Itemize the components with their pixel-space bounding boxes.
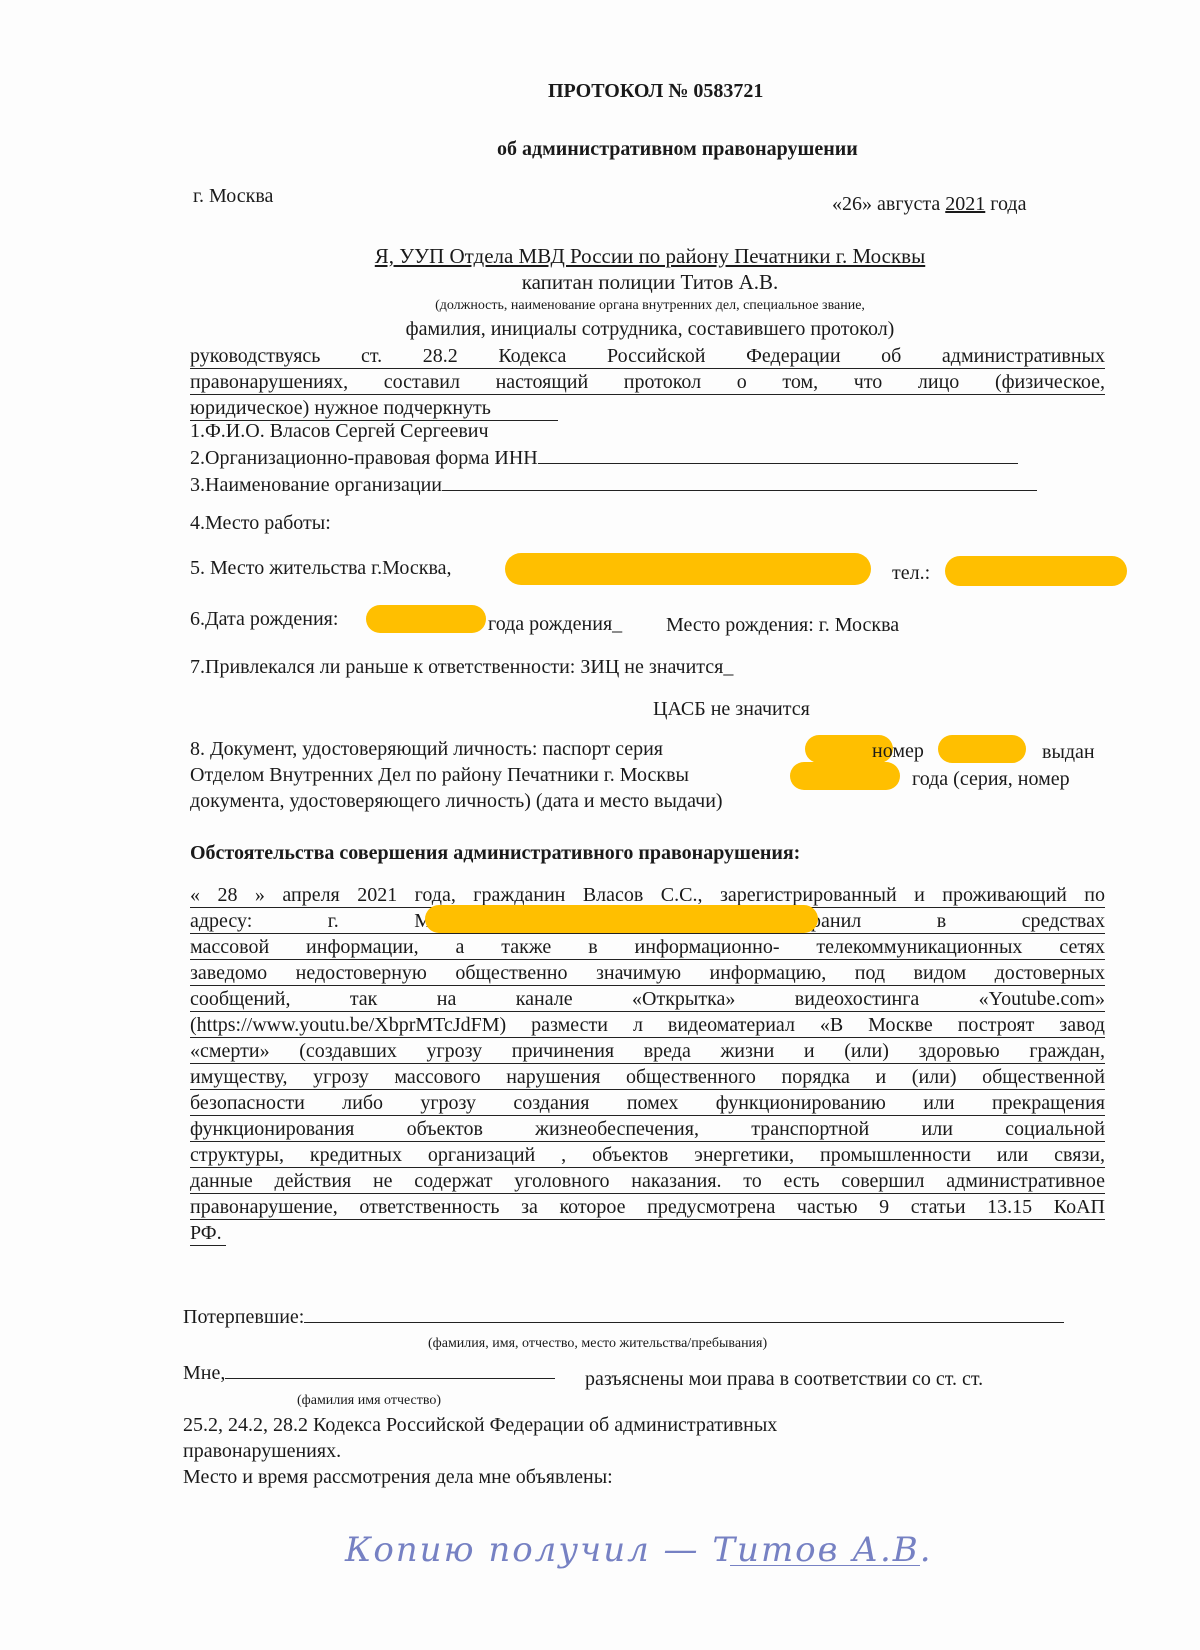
circumstances-paragraph: « 28 » апреля 2021 года, гражданин Власо… <box>190 882 1105 1246</box>
field-phone-label: тел.: <box>892 562 930 585</box>
field-org-label: 3.Наименование организации <box>190 474 442 496</box>
rights-name-blank <box>225 1378 555 1379</box>
circumstances-line: заведомо недостоверную общественно значи… <box>190 960 1105 986</box>
victims-field: Потерпевшие: <box>183 1306 1064 1329</box>
date-year: 2021 <box>945 193 985 215</box>
intro-line: правонарушениях, составил настоящий прот… <box>190 369 1105 395</box>
circumstances-line: структуры, кредитных организаций , объек… <box>190 1142 1105 1168</box>
circumstances-line: безопасности либо угрозу создания помех … <box>190 1090 1105 1116</box>
victims-label: Потерпевшие: <box>183 1306 304 1328</box>
field-inn-label: 2.Организационно-правовая форма ИНН <box>190 447 538 469</box>
date-suffix: года <box>990 193 1026 215</box>
inn-blank <box>538 463 1018 464</box>
circumstances-line: имуществу, угрозу массового нарушения об… <box>190 1064 1105 1090</box>
circumstances-line: правонарушение, ответственность за котор… <box>190 1194 1105 1220</box>
circumstances-line: «смерти» (создавших угрозу причинения вр… <box>190 1038 1105 1064</box>
redaction-issue-date <box>790 762 900 790</box>
rights-caption: (фамилия имя отчество) <box>297 1393 441 1409</box>
redaction-residence <box>505 553 871 585</box>
date-day: «26» августа <box>832 193 940 215</box>
signature-stroke <box>730 1565 920 1566</box>
field-work: 4.Место работы: <box>190 512 331 535</box>
handwritten-signature: Копию получил — Титов А.В. <box>345 1530 933 1570</box>
victims-blank <box>304 1322 1064 1323</box>
rights-articles: 25.2, 24.2, 28.2 Кодекса Российской Феде… <box>183 1414 777 1437</box>
circumstances-line: данные действия не содержат уголовного н… <box>190 1168 1105 1194</box>
officer-rank-name: капитан полиции Титов А.В. <box>50 270 1200 295</box>
hearing-notice: Место и время рассмотрения дела мне объя… <box>183 1466 613 1489</box>
officer-caption: (должность, наименование органа внутренн… <box>50 298 1200 314</box>
doc-line-2-a: Отделом Внутренних Дел по району Печатни… <box>190 764 689 787</box>
field-inn: 2.Организационно-правовая форма ИНН <box>190 447 1018 470</box>
officer-caption-2: фамилия, инициалы сотрудника, составивше… <box>50 318 1200 341</box>
rights-text: разъяснены мои права в соответствии со с… <box>585 1368 983 1391</box>
field-birthplace: Место рождения: г. Москва <box>666 614 899 637</box>
intro-line: юридическое) нужное подчеркнуть <box>190 395 558 421</box>
rights-articles-end: правонарушениях. <box>183 1440 341 1463</box>
redaction-phone <box>945 556 1127 586</box>
protocol-subtitle: об административном правонарушении <box>497 138 858 161</box>
field-birth-label: 6.Дата рождения: <box>190 608 338 631</box>
victims-caption: (фамилия, имя, отчество, место жительств… <box>428 1336 767 1352</box>
circumstances-line: РФ. <box>190 1220 226 1246</box>
circumstances-line: сообщений, так на канале «Открытка» виде… <box>190 986 1105 1012</box>
doc-line-1-b: номер <box>872 740 924 763</box>
field-org: 3.Наименование организации <box>190 474 1037 497</box>
org-blank <box>442 490 1037 491</box>
redaction-address <box>425 905 818 933</box>
doc-line-1-a: 8. Документ, удостоверяющий личность: па… <box>190 738 663 761</box>
field-casb: ЦАСБ не значится <box>653 698 810 721</box>
field-residence-label: 5. Место жительства г.Москва, <box>190 557 452 580</box>
rights-name-field: Мне, <box>183 1362 555 1385</box>
doc-line-3: документа, удостоверяющего личность) (да… <box>190 790 723 813</box>
officer-line: Я, УУП Отдела МВД России по району Печат… <box>50 244 1200 269</box>
protocol-title: ПРОТОКОЛ № 0583721 <box>548 80 763 103</box>
redaction-birthdate <box>366 605 486 633</box>
redaction-passport-number <box>938 735 1026 763</box>
field-prior: 7.Привлекался ли раньше к ответственност… <box>190 656 733 679</box>
rights-prefix: Мне, <box>183 1362 225 1384</box>
circumstances-heading: Обстоятельства совершения административн… <box>190 842 800 865</box>
protocol-date: «26» августа 2021 года <box>832 193 1026 216</box>
doc-line-2-b: года (серия, номер <box>912 768 1070 791</box>
circumstances-line: (https://www.youtu.be/XbprMTcJdFM) разме… <box>190 1012 1105 1038</box>
field-birth-suffix: года рождения_ <box>488 613 622 636</box>
field-fio: 1.Ф.И.О. Власов Сергей Сергеевич <box>190 420 489 443</box>
circumstances-line: массовой информации, а также в информаци… <box>190 934 1105 960</box>
circumstances-line: функционирования объектов жизнеобеспечен… <box>190 1116 1105 1142</box>
doc-line-1-c: выдан <box>1042 741 1095 764</box>
intro-paragraph: руководствуясь ст. 28.2 Кодекса Российск… <box>190 343 1105 421</box>
city: г. Москва <box>193 185 273 208</box>
intro-line: руководствуясь ст. 28.2 Кодекса Российск… <box>190 343 1105 369</box>
